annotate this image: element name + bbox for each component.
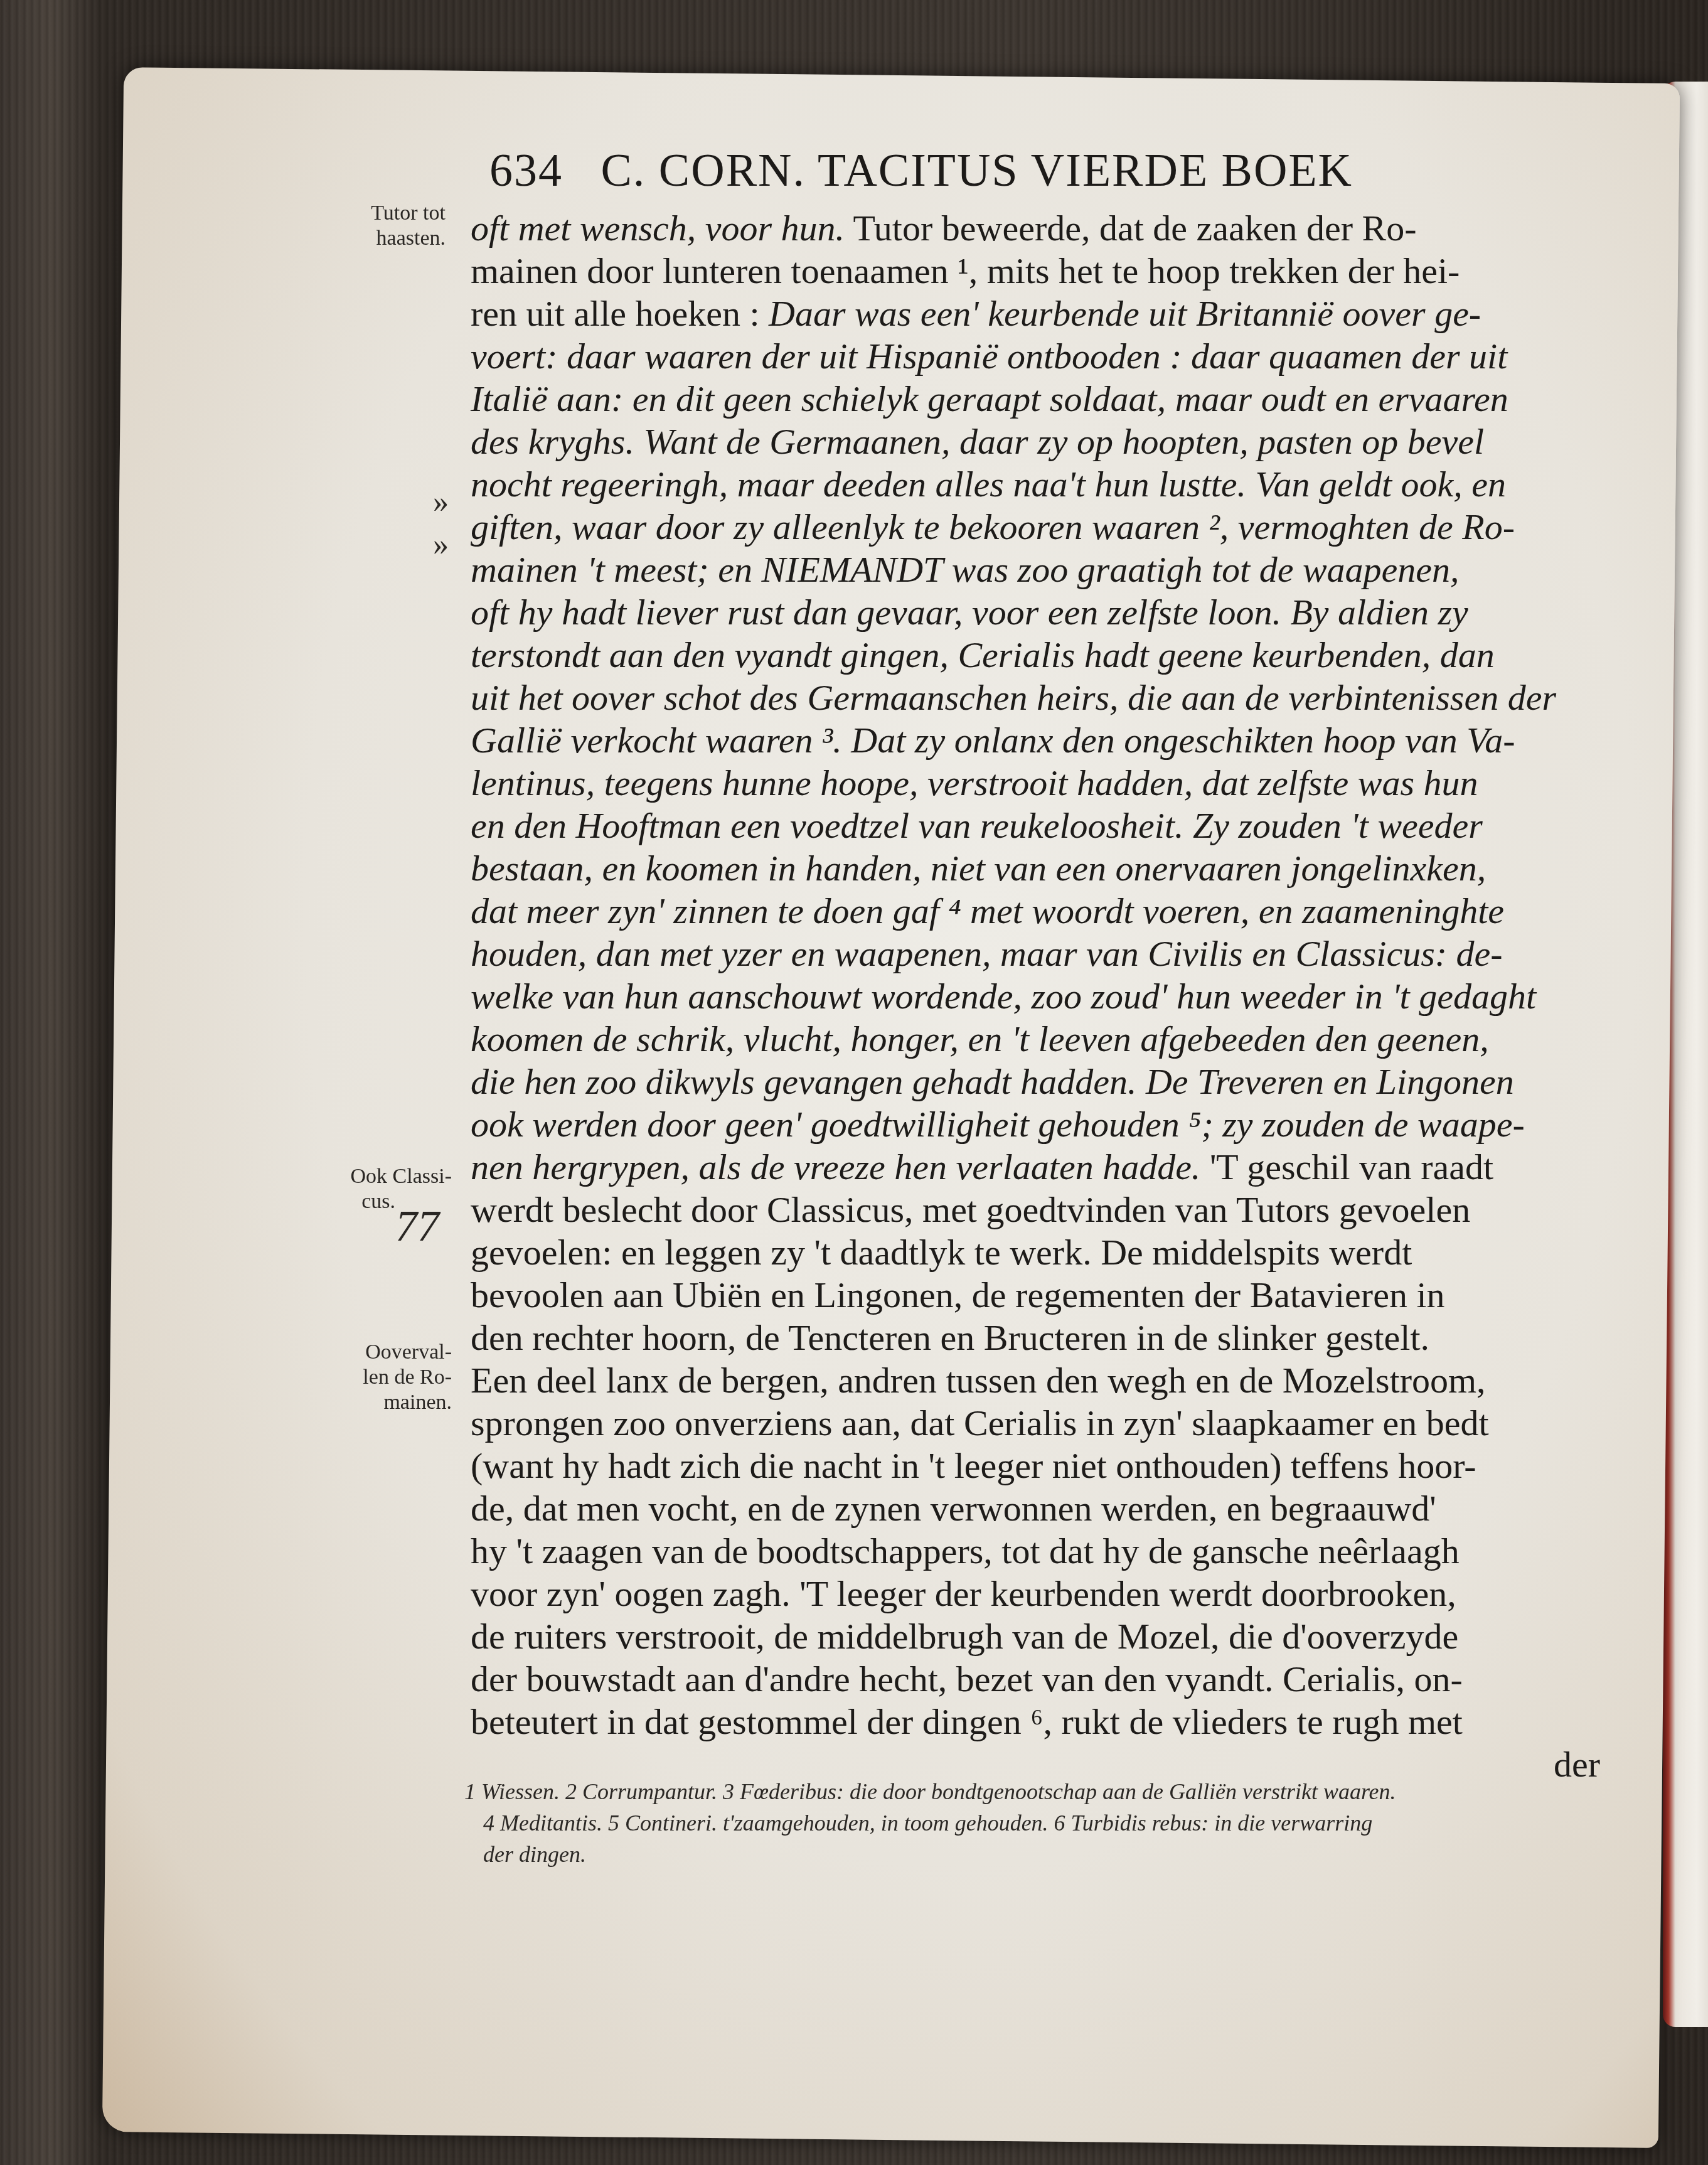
body-line: mainen door lunteren toenaamen ¹, mits h… bbox=[471, 250, 1600, 292]
quote-mark: » bbox=[433, 526, 449, 562]
body-line: den rechter hoorn, de Tencteren en Bruct… bbox=[471, 1317, 1600, 1359]
body-line: oft met wensch, voor hun. Tutor beweerde… bbox=[471, 207, 1600, 250]
running-title: C. CORN. TACITUS VIERDE BOEK bbox=[601, 145, 1353, 196]
body-text: oft met wensch, voor hun. Tutor beweerde… bbox=[471, 207, 1600, 1786]
body-line: nocht regeeringh, maar deeden alles naa'… bbox=[471, 463, 1600, 506]
chapter-number: 77 bbox=[395, 1202, 439, 1252]
body-line: die hen zoo dikwyls gevangen gehadt hadd… bbox=[471, 1061, 1600, 1103]
body-line: nen hergrypen, als de vreeze hen verlaat… bbox=[471, 1146, 1600, 1189]
margin-note-line: Tutor tot bbox=[326, 201, 446, 226]
body-line: en den Hooftman een voedtzel van reukelo… bbox=[471, 805, 1600, 847]
body-line: Een deel lanx de bergen, andren tussen d… bbox=[471, 1359, 1600, 1402]
body-line: oft hy hadt liever rust dan gevaar, voor… bbox=[471, 591, 1600, 634]
margin-note-line: haasten. bbox=[326, 226, 446, 251]
body-line: beteutert in dat gestommel der dingen ⁶,… bbox=[471, 1701, 1600, 1743]
margin-note-line: mainen. bbox=[333, 1390, 452, 1415]
margin-note-line: cus. bbox=[333, 1189, 395, 1214]
margin-note-line: Ooverval- bbox=[333, 1340, 452, 1365]
margin-note-ooverval: Ooverval- len de Ro- mainen. bbox=[333, 1340, 452, 1415]
body-line: ren uit alle hoeken : Daar was een' keur… bbox=[471, 292, 1600, 335]
body-line: de, dat men vocht, en de zynen verwonnen… bbox=[471, 1487, 1600, 1530]
body-line: lentinus, teegens hunne hoope, verstrooi… bbox=[471, 762, 1600, 805]
footnote-line: 1 Wiessen. 2 Corrumpantur. 3 Fœderibus: … bbox=[464, 1776, 1644, 1807]
body-line: koomen de schrik, vlucht, honger, en 't … bbox=[471, 1018, 1600, 1061]
body-line: sprongen zoo onverziens aan, dat Ceriali… bbox=[471, 1402, 1600, 1445]
running-header: 634 C. CORN. TACITUS VIERDE BOEK bbox=[489, 144, 1462, 198]
body-line: uit het oover schot des Germaanschen hei… bbox=[471, 676, 1600, 719]
body-line: voert: daar waaren der uit Hispanië ontb… bbox=[471, 335, 1600, 378]
body-line: Italië aan: en dit geen schielyk geraapt… bbox=[471, 378, 1600, 420]
body-line: bestaan, en koomen in handen, niet van e… bbox=[471, 847, 1600, 890]
body-line: houden, dan met yzer en waapenen, maar v… bbox=[471, 933, 1600, 975]
footnote-line: 4 Meditantis. 5 Contineri. t'zaamgehoude… bbox=[464, 1807, 1644, 1839]
page-number: 634 bbox=[489, 145, 563, 196]
body-line: werdt beslecht door Classicus, met goedt… bbox=[471, 1189, 1600, 1231]
body-line: der bouwstadt aan d'andre hecht, bezet v… bbox=[471, 1658, 1600, 1701]
body-line: giften, waar door zy alleenlyk te bekoor… bbox=[471, 506, 1600, 548]
body-line: dat meer zyn' zinnen te doen gaf ⁴ met w… bbox=[471, 890, 1600, 933]
body-line: mainen 't meest; en NIEMANDT was zoo gra… bbox=[471, 548, 1600, 591]
body-line: de ruiters verstrooit, de middelbrugh va… bbox=[471, 1615, 1600, 1658]
margin-note-line: len de Ro- bbox=[333, 1365, 452, 1390]
footnotes: 1 Wiessen. 2 Corrumpantur. 3 Fœderibus: … bbox=[464, 1776, 1644, 1870]
body-line: hy 't zaagen van de boodtschappers, tot … bbox=[471, 1530, 1600, 1573]
footnote-line: der dingen. bbox=[464, 1839, 1644, 1870]
body-line: des kryghs. Want de Germaanen, daar zy o… bbox=[471, 420, 1600, 463]
body-line: bevoolen aan Ubiën en Lingonen, de regem… bbox=[471, 1274, 1600, 1317]
body-line: ook werden door geen' goedtwilligheit ge… bbox=[471, 1103, 1600, 1146]
margin-note-tutor: Tutor tot haasten. bbox=[326, 201, 446, 251]
body-line: (want hy hadt zich die nacht in 't leege… bbox=[471, 1445, 1600, 1487]
body-line: gevoelen: en leggen zy 't daadtlyk te we… bbox=[471, 1231, 1600, 1274]
quote-mark: » bbox=[433, 483, 449, 520]
margin-note-line: Ook Classi- bbox=[333, 1164, 452, 1189]
body-line: terstondt aan den vyandt gingen, Ceriali… bbox=[471, 634, 1600, 676]
body-line: voor zyn' oogen zagh. 'T leeger der keur… bbox=[471, 1573, 1600, 1615]
body-line: welke van hun aanschouwt wordende, zoo z… bbox=[471, 975, 1600, 1018]
body-line: Gallië verkocht waaren ³. Dat zy onlanx … bbox=[471, 719, 1600, 762]
